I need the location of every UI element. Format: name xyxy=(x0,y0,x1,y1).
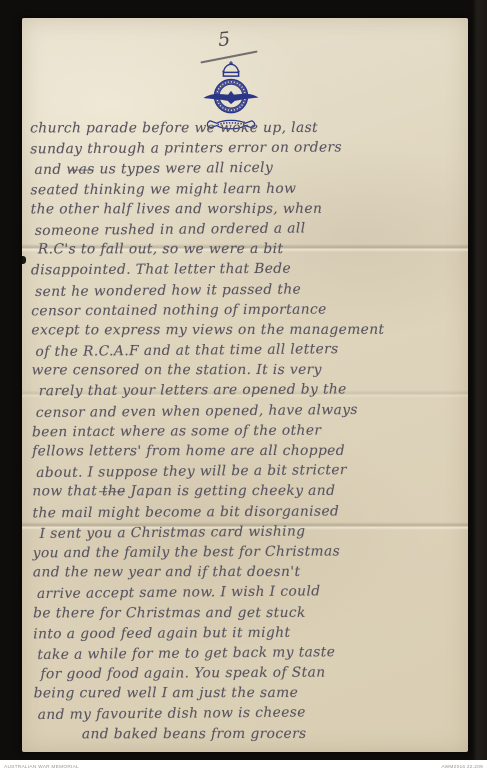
handwriting-line: been intact where as some of the other xyxy=(32,419,466,442)
handwriting-block: church parade before we woke up, lastsun… xyxy=(30,117,468,745)
footer-left-label: AUSTRALIAN WAR MEMORIAL xyxy=(4,764,79,769)
handwriting-line: censor contained nothing of importance xyxy=(31,298,465,321)
handwriting-line: the other half lives and worships, when xyxy=(31,198,465,219)
handwriting-line: rarely that your letters are opened by t… xyxy=(32,379,466,402)
handwriting-line: disappointed. That letter that Bede xyxy=(31,258,465,281)
handwriting-line: someone rushed in and ordered a all xyxy=(31,217,465,241)
handwriting-line: now that t̶h̶e̶ Japan is getting cheeky … xyxy=(32,481,466,502)
handwriting-line: for good food again. You speak of Stan xyxy=(33,662,467,685)
handwriting-line: except to express my views on the manage… xyxy=(31,319,465,340)
handwriting-line: R.C's to fall out, so we were a bit xyxy=(31,239,465,260)
footer-right-label: AWM2016 22.209 xyxy=(441,764,483,769)
page-number: 5 xyxy=(217,23,279,51)
handwriting-line: be there for Christmas and get stuck xyxy=(33,602,467,623)
handwriting-line: and my favourite dish now is cheese xyxy=(34,701,468,725)
scan-background: 5 church parade before we woke up, lasts… xyxy=(0,0,487,760)
handwriting-line: fellows letters' from home are all chopp… xyxy=(32,441,466,462)
handwriting-line: I sent you a Christmas card wishing xyxy=(33,520,467,544)
handwriting-line: censor and even when opened, have always xyxy=(32,399,466,423)
handwriting-line: take a while for me to get back my taste xyxy=(33,641,467,665)
handwriting-line: you and the family the best for Christma… xyxy=(33,541,467,564)
handwriting-line: and baked beans from grocers xyxy=(34,723,468,744)
letter-paper: 5 church parade before we woke up, lasts… xyxy=(22,18,468,752)
handwriting-line: of the R.C.A.F and at that time all lett… xyxy=(31,338,465,362)
handwriting-line: were censored on the station. It is very xyxy=(32,360,466,381)
handwriting-line: arrive accept same now. I wish I could xyxy=(33,580,467,604)
archive-footer: AUSTRALIAN WAR MEMORIAL AWM2016 22.209 xyxy=(0,760,487,773)
paper-edge-mark xyxy=(22,256,26,264)
handwriting-line: church parade before we woke up, last xyxy=(30,118,464,139)
handwriting-line: sent he wondered how it passed the xyxy=(31,277,465,301)
handwriting-line: seated thinking we might learn how xyxy=(30,177,464,200)
